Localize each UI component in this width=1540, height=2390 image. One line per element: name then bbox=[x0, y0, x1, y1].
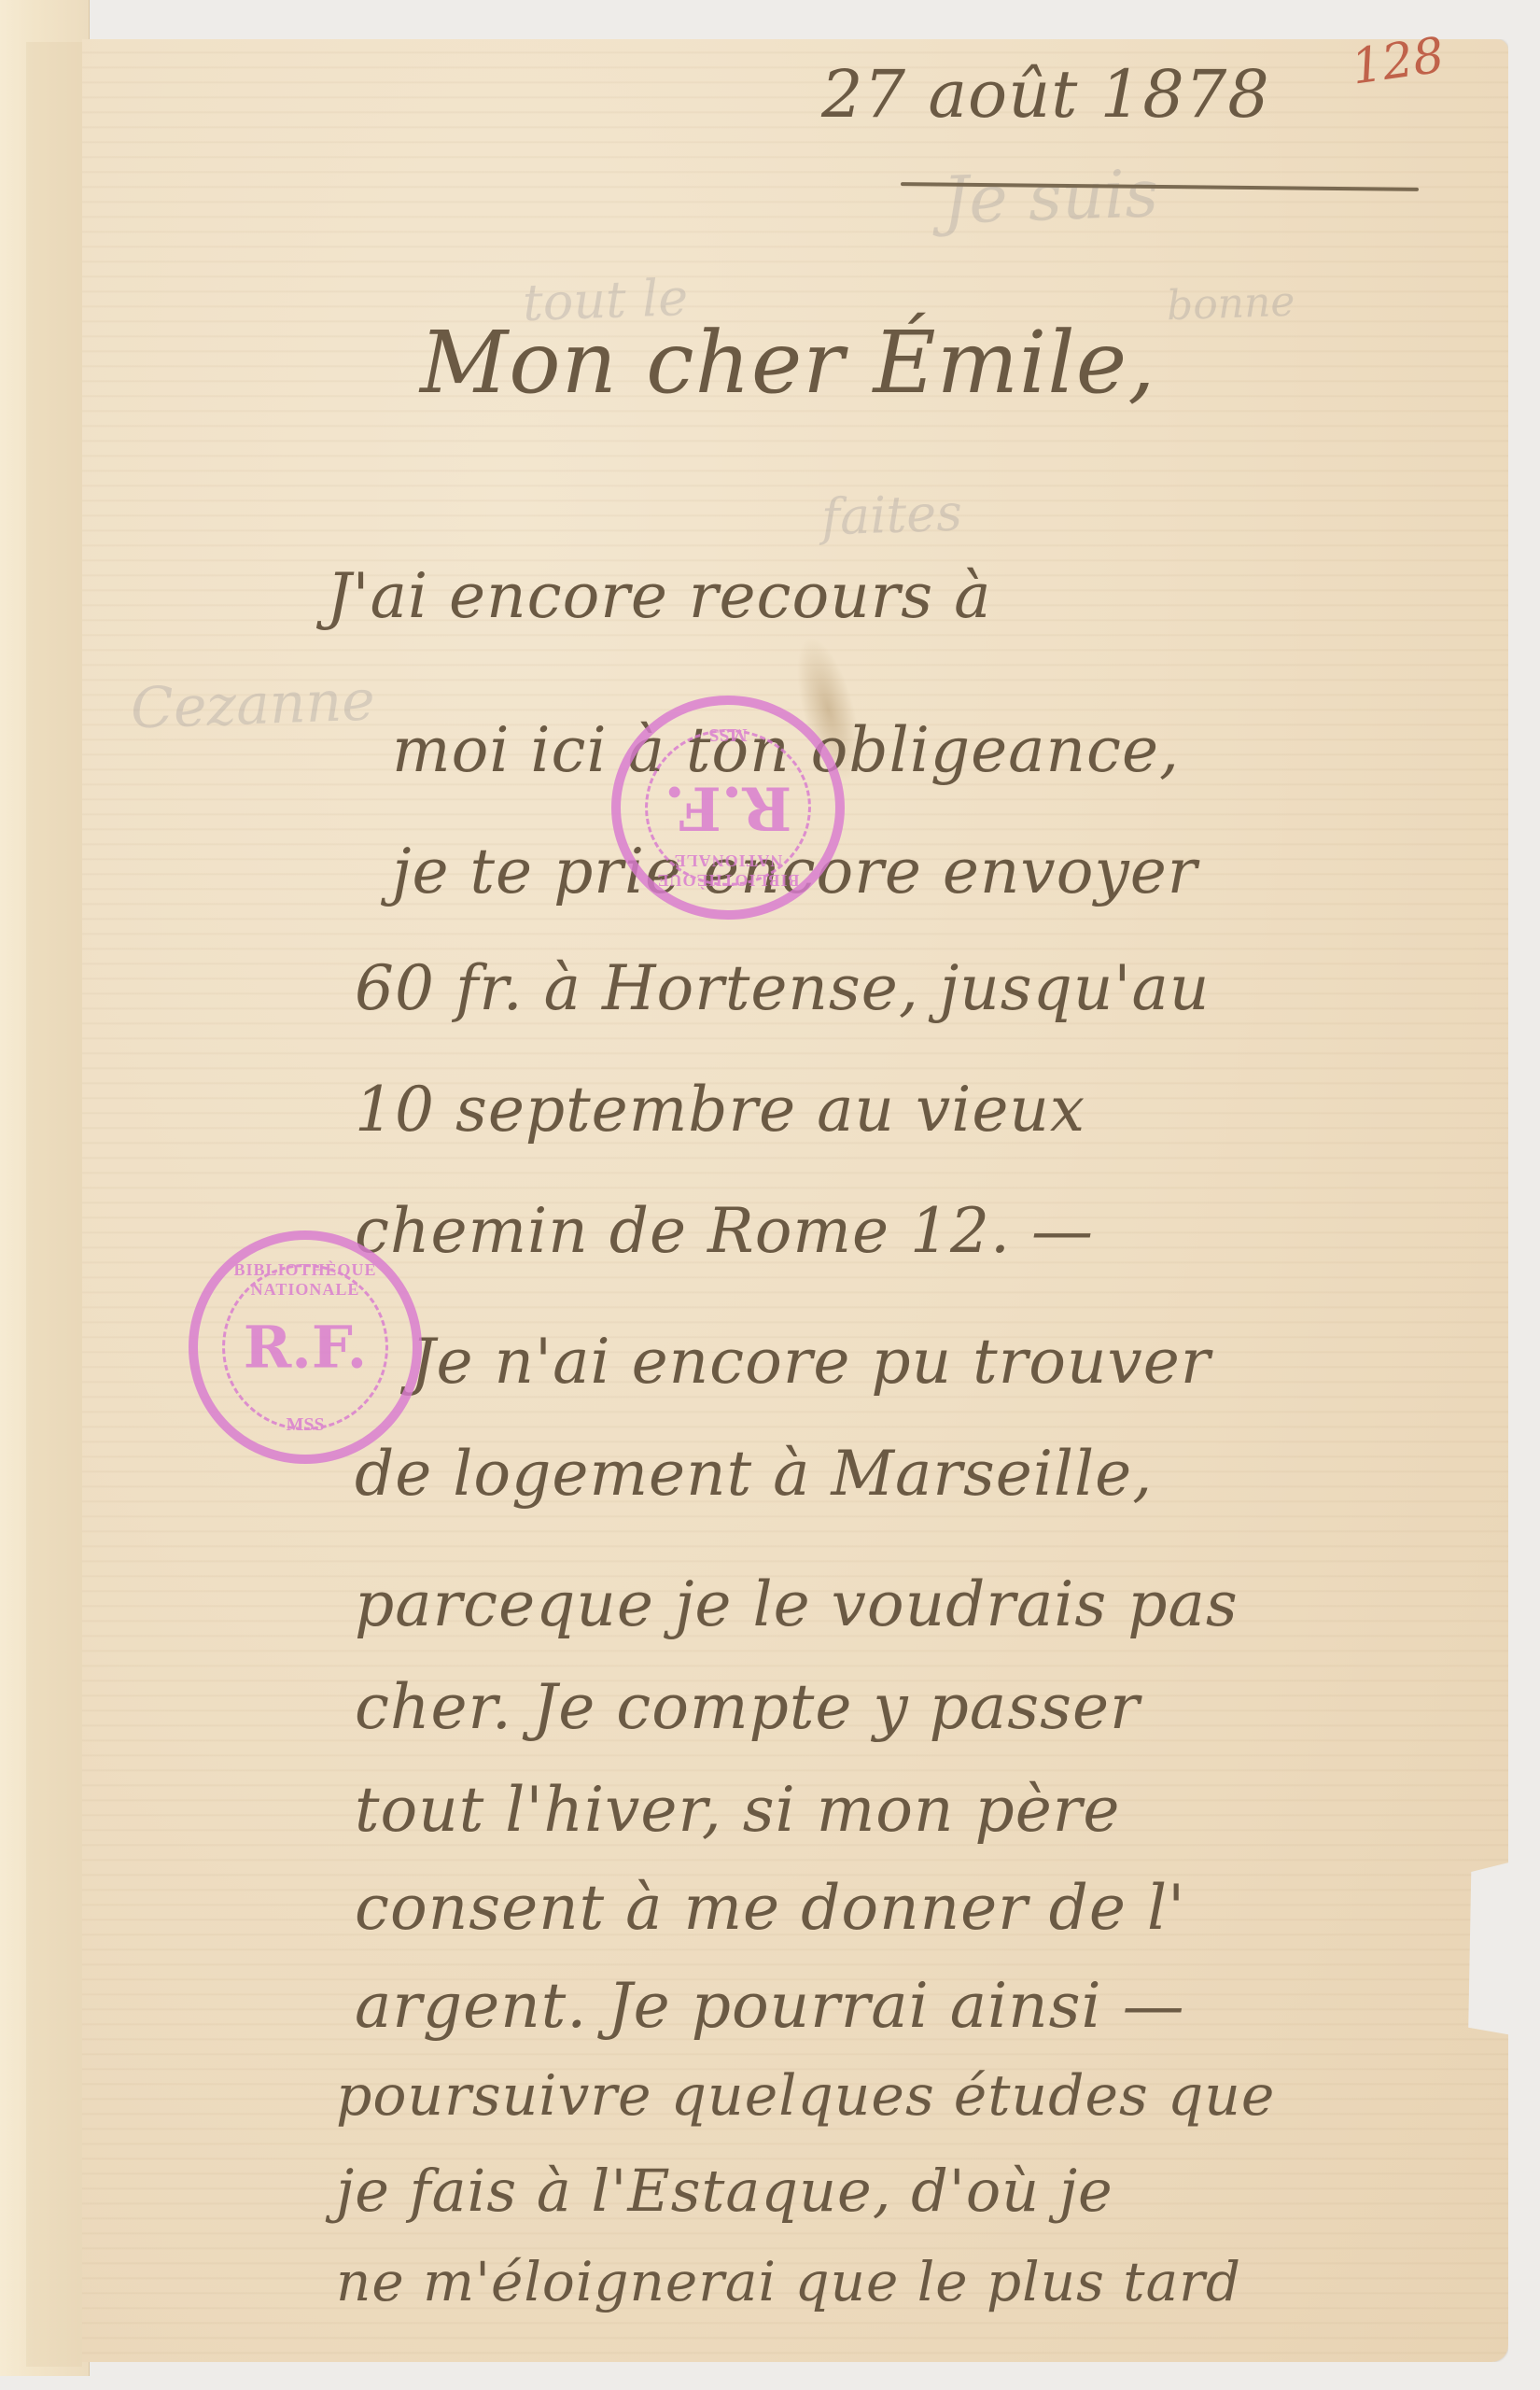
letter-line: de logement à Marseille, bbox=[355, 1438, 1153, 1510]
backing-paper-fold bbox=[26, 42, 82, 2367]
ghost-text: bonne bbox=[1166, 278, 1295, 330]
stamp-bottom-text: MSS bbox=[621, 724, 835, 745]
ghost-text: faites bbox=[820, 483, 963, 546]
letter-line: je fais à l'Estaque, d'où je bbox=[336, 2157, 1113, 2225]
stamp-center-text: R.F. bbox=[198, 1314, 413, 1382]
letter-line: 10 septembre au vieux bbox=[355, 1074, 1085, 1146]
library-stamp: BIBLIOTHÈQUE NATIONALE R.F. MSS bbox=[189, 1230, 422, 1464]
letter-line: chemin de Rome 12. — bbox=[355, 1195, 1094, 1267]
letter-line: argent. Je pourrai ainsi — bbox=[355, 1970, 1185, 2042]
letter-line: 60 fr. à Hortense, jusqu'au bbox=[355, 952, 1210, 1024]
library-stamp: BIBLIOTHÈQUE NATIONALE R.F. MSS bbox=[611, 696, 845, 920]
letter-date: 27 août 1878 bbox=[821, 56, 1270, 133]
salutation: Mon cher Émile, bbox=[420, 313, 1155, 413]
ghost-text: Cezanne bbox=[130, 668, 376, 741]
letter-line: ne m'éloignerai que le plus tard bbox=[336, 2250, 1241, 2313]
letter-line: J'ai encore recours à bbox=[327, 560, 991, 632]
stamp-ring-text: BIBLIOTHÈQUE NATIONALE bbox=[621, 851, 835, 890]
letter-line: poursuivre quelques études que bbox=[336, 2063, 1275, 2129]
stamp-ring-text: BIBLIOTHÈQUE NATIONALE bbox=[198, 1260, 413, 1300]
backing-paper-strip bbox=[0, 0, 90, 2376]
letter-line: parceque je le voudrais pas bbox=[355, 1568, 1239, 1640]
letter-line: tout l'hiver, si mon père bbox=[355, 1774, 1120, 1846]
ghost-text: Je suis bbox=[942, 155, 1160, 239]
letter-line: consent à me donner de l' bbox=[355, 1872, 1185, 1944]
letter-line: Je n'ai encore pu trouver bbox=[411, 1326, 1211, 1398]
letter-line: cher. Je compte y passer bbox=[355, 1671, 1141, 1743]
stamp-bottom-text: MSS bbox=[198, 1414, 413, 1436]
stamp-center-text: R.F. bbox=[621, 773, 835, 843]
